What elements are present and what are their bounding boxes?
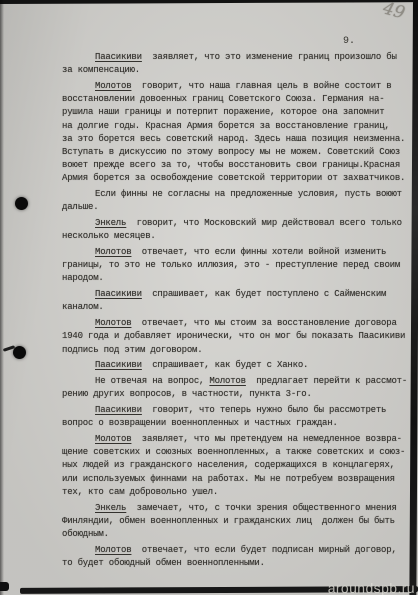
- text-line: Если финны не согласны на предложенные у…: [62, 188, 414, 201]
- scan-corner-notch: [0, 582, 9, 591]
- text-line: несколько месяцев.: [62, 230, 414, 243]
- paragraph: Энкель говорит, что Московский мир дейст…: [62, 217, 414, 243]
- text-line: восстановлении довоенных границ Советско…: [62, 93, 414, 106]
- punch-hole: [15, 197, 28, 210]
- text-line: Энкель говорит, что Московский мир дейст…: [62, 217, 414, 230]
- text-segment: Если финны не согласны на предложенные у…: [95, 189, 402, 199]
- handwritten-page-mark: 49: [381, 0, 407, 24]
- text-segment: народом.: [62, 273, 104, 283]
- text-line: на долгие годы. Красная Армия борется за…: [62, 120, 414, 133]
- page-number: 9.: [343, 36, 355, 47]
- text-segment: Не отвечая на вопрос,: [95, 376, 209, 386]
- text-segment: 1940 года и добавляет иронически, что он…: [62, 331, 405, 341]
- paragraph: Если финны не согласны на предложенные у…: [62, 188, 414, 214]
- speaker-name: Паасикиви: [95, 52, 142, 62]
- text-line: или используемых финнами на работах. Мы …: [62, 473, 414, 486]
- paragraph: Паасикиви заявляет, что это изменение гр…: [62, 51, 414, 77]
- text-line: народом.: [62, 272, 414, 285]
- text-line: Паасикиви заявляет, что это изменение гр…: [62, 51, 414, 64]
- text-line: Молотов заявляет, что мы претендуем на н…: [62, 433, 414, 446]
- text-segment: то будет обоюдный обмен военнопленными.: [62, 558, 265, 568]
- speaker-name: Молотов: [95, 434, 131, 444]
- text-line: Армия борется за освобождение советской …: [62, 172, 414, 185]
- text-line: то будет обоюдный обмен военнопленными.: [62, 557, 414, 570]
- paragraph: Паасикиви говорит, что теперь нужно было…: [62, 404, 414, 430]
- text-line: границы, то это не только иллюзия, это -…: [62, 259, 414, 272]
- text-segment: границы, то это не только иллюзия, это -…: [62, 260, 400, 270]
- document-text: Паасикиви заявляет, что это изменение гр…: [62, 51, 414, 573]
- paragraph: Паасикиви спрашивает, как будет с Ханко.: [62, 359, 414, 372]
- speaker-name: Паасикиви: [95, 360, 142, 370]
- text-segment: дальше.: [62, 202, 98, 212]
- text-segment: Вступать в дискуссию по этому вопросу мы…: [62, 147, 400, 157]
- text-segment: ных людей из гражданского населения, сод…: [62, 460, 395, 470]
- text-segment: вопрос о возвращении военнопленных и час…: [62, 418, 338, 428]
- text-segment: восстановлении довоенных границ Советско…: [62, 94, 384, 104]
- speaker-name: Энкель: [95, 218, 126, 228]
- text-line: тех, кто сам добровольно ушел.: [62, 486, 414, 499]
- text-line: рушила наши границы и потерпит поражение…: [62, 106, 414, 119]
- speaker-name: Паасикиви: [95, 405, 142, 415]
- text-line: Паасикиви говорит, что теперь нужно было…: [62, 404, 414, 417]
- text-segment: отвечает, что если финны хотели войной и…: [131, 247, 386, 257]
- scanned-page: 49 9. Паасикиви заявляет, что это измене…: [0, 0, 418, 595]
- text-segment: замечает, что, с точки зрения общественн…: [126, 503, 396, 513]
- text-segment: Армия борется за освобождение советской …: [62, 173, 405, 183]
- text-segment: щение советских и союзных военнопленных,…: [62, 447, 405, 457]
- text-segment: говорит, что теперь нужно было бы рассмо…: [142, 405, 386, 415]
- text-segment: говорит, что Московский мир действовал в…: [126, 218, 402, 228]
- text-line: Энкель замечает, что, с точки зрения общ…: [62, 502, 414, 515]
- scan-edge-left: [0, 0, 4, 595]
- text-segment: подпись под этим договором.: [62, 345, 202, 355]
- text-segment: заявляет, что это изменение границ произ…: [142, 52, 397, 62]
- speaker-name: Молотов: [95, 545, 131, 555]
- text-segment: отвечает, что мы стоим за восстановление…: [131, 318, 396, 328]
- text-line: Молотов отвечает, что если финны хотели …: [62, 246, 414, 259]
- text-line: вопрос о возвращении военнопленных и час…: [62, 417, 414, 430]
- text-segment: несколько месяцев.: [62, 231, 156, 241]
- text-line: Молотов отвечает, что если будет подписа…: [62, 544, 414, 557]
- speaker-name: Молотов: [209, 376, 245, 386]
- text-line: ных людей из гражданского населения, сод…: [62, 459, 414, 472]
- text-line: 1940 года и добавляет иронически, что он…: [62, 330, 414, 343]
- text-line: рению других вопросов, в частности, пунк…: [62, 388, 414, 401]
- punch-hole: [13, 346, 26, 359]
- text-segment: обоюдным.: [62, 529, 109, 539]
- scan-edge-top: [0, 0, 418, 4]
- text-segment: или используемых финнами на работах. Мы …: [62, 474, 395, 484]
- text-segment: за компенсацию.: [62, 65, 140, 75]
- text-line: щение советских и союзных военнопленных,…: [62, 446, 414, 459]
- text-segment: спрашивает, как будет с Ханко.: [142, 360, 308, 370]
- text-line: за компенсацию.: [62, 64, 414, 77]
- paragraph: Молотов отвечает, что если финны хотели …: [62, 246, 414, 286]
- text-segment: предлагает перейти к рассмот-: [246, 376, 407, 386]
- text-line: Вступать в дискуссию по этому вопросу мы…: [62, 146, 414, 159]
- text-segment: рению других вопросов, в частности, пунк…: [62, 389, 312, 399]
- text-line: Финляндии, обмен военнопленных и граждан…: [62, 515, 414, 528]
- text-segment: Финляндии, обмен военнопленных и граждан…: [62, 516, 395, 526]
- text-segment: за это борется весь советский народ. Зде…: [62, 134, 405, 144]
- speaker-name: Энкель: [95, 503, 126, 513]
- text-line: воюет прежде всего за то, чтобы восстано…: [62, 159, 414, 172]
- text-line: подпись под этим договором.: [62, 344, 414, 357]
- paragraph: Молотов говорит, что наша главная цель в…: [62, 80, 414, 186]
- text-segment: рушила наши границы и потерпит поражение…: [62, 107, 384, 117]
- text-line: Паасикиви спрашивает, как будет поступле…: [62, 288, 414, 301]
- text-segment: заявляет, что мы претендуем на немедленн…: [131, 434, 401, 444]
- text-segment: каналом.: [62, 302, 104, 312]
- speaker-name: Молотов: [95, 247, 131, 257]
- speaker-name: Молотов: [95, 81, 131, 91]
- paragraph: Молотов отвечает, что мы стоим за восста…: [62, 317, 414, 357]
- text-line: Паасикиви спрашивает, как будет с Ханко.: [62, 359, 414, 372]
- text-line: Молотов отвечает, что мы стоим за восста…: [62, 317, 414, 330]
- paragraph: Энкель замечает, что, с точки зрения общ…: [62, 502, 414, 542]
- paragraph: Паасикиви спрашивает, как будет поступле…: [62, 288, 414, 314]
- paragraph: Не отвечая на вопрос, Молотов предлагает…: [62, 375, 414, 401]
- text-segment: на долгие годы. Красная Армия борется за…: [62, 121, 390, 131]
- watermark: aroundspb.ru: [328, 580, 415, 595]
- text-line: обоюдным.: [62, 528, 414, 541]
- text-line: за это борется весь советский народ. Зде…: [62, 133, 414, 146]
- text-line: Не отвечая на вопрос, Молотов предлагает…: [62, 375, 414, 388]
- text-segment: воюет прежде всего за то, чтобы восстано…: [62, 160, 400, 170]
- speaker-name: Молотов: [95, 318, 131, 328]
- text-segment: спрашивает, как будет поступлено с Сайме…: [142, 289, 386, 299]
- text-line: дальше.: [62, 201, 414, 214]
- paragraph: Молотов отвечает, что если будет подписа…: [62, 544, 414, 570]
- speaker-name: Паасикиви: [95, 289, 142, 299]
- text-line: Молотов говорит, что наша главная цель в…: [62, 80, 414, 93]
- text-segment: тех, кто сам добровольно ушел.: [62, 487, 218, 497]
- paragraph: Молотов заявляет, что мы претендуем на н…: [62, 433, 414, 499]
- text-segment: говорит, что наша главная цель в войне с…: [131, 81, 391, 91]
- text-segment: отвечает, что если будет подписан мирный…: [131, 545, 396, 555]
- text-line: каналом.: [62, 301, 414, 314]
